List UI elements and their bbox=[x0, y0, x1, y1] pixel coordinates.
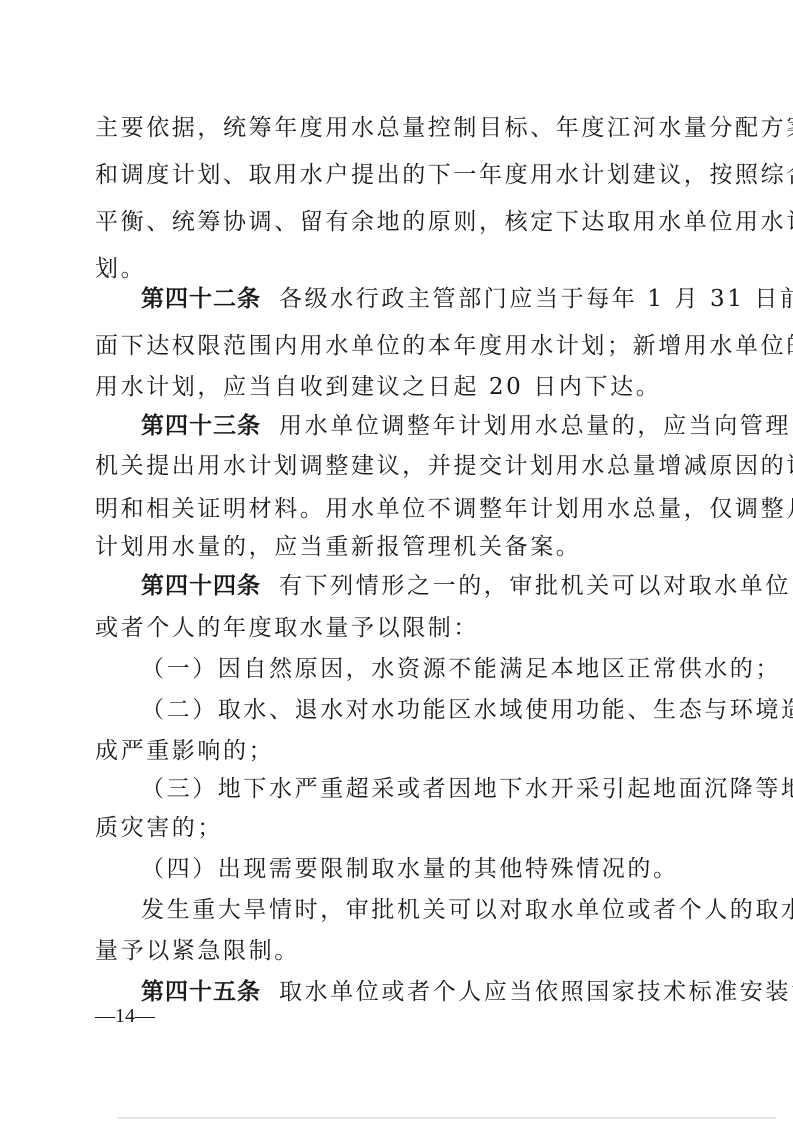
article-text: 有下列情形之一的，审批机关可以对取水单位 bbox=[279, 573, 791, 599]
article-heading: 第四十二条 bbox=[141, 286, 261, 312]
body-line: 明和相关证明材料。用水单位不调整年计划用水总量，仅调整月 bbox=[95, 494, 793, 524]
drought-paragraph: 发生重大旱情时，审批机关可以对取水单位或者个人的取水 bbox=[141, 895, 793, 925]
body-line: 或者个人的年度取水量予以限制： bbox=[95, 613, 479, 643]
article-heading: 第四十三条 bbox=[141, 413, 261, 439]
list-item-4: （四）出现需要限制取水量的其他特殊情况的。 bbox=[141, 854, 679, 884]
article-heading: 第四十五条 bbox=[141, 979, 261, 1005]
body-line: 主要依据，统筹年度用水总量控制目标、年度江河水量分配方案 bbox=[95, 113, 793, 143]
page-number: —14— bbox=[95, 1003, 155, 1029]
body-line: 量予以紧急限制。 bbox=[95, 936, 300, 966]
article-heading: 第四十四条 bbox=[141, 573, 261, 599]
body-line: 和调度计划、取用水户提出的下一年度用水计划建议，按照综合 bbox=[95, 160, 793, 190]
body-line: 平衡、统筹协调、留有余地的原则，核定下达取用水单位用水计 bbox=[95, 207, 793, 237]
bottom-edge-rule bbox=[118, 1117, 776, 1119]
list-item-3: （三）地下水严重超采或者因地下水开采引起地面沉降等地 bbox=[141, 774, 793, 804]
article-text: 用水单位调整年计划用水总量的，应当向管理 bbox=[279, 413, 791, 439]
body-line: 用水计划，应当自收到建议之日起 20 日内下达。 bbox=[95, 372, 661, 402]
list-item-2: （二）取水、退水对水功能区水域使用功能、生态与环境造 bbox=[141, 695, 793, 725]
list-item-1: （一）因自然原因，水资源不能满足本地区正常供水的； bbox=[141, 654, 781, 684]
body-line: 面下达权限范围内用水单位的本年度用水计划；新增用水单位的 bbox=[95, 331, 793, 361]
article-text: 各级水行政主管部门应当于每年 1 月 31 日前书 bbox=[279, 286, 793, 312]
article-44: 第四十四条有下列情形之一的，审批机关可以对取水单位 bbox=[141, 571, 791, 601]
body-line: 机关提出用水计划调整建议，并提交计划用水总量增减原因的说 bbox=[95, 451, 793, 481]
article-43: 第四十三条用水单位调整年计划用水总量的，应当向管理 bbox=[141, 411, 791, 441]
body-line: 划。 bbox=[95, 254, 146, 284]
body-line: 成严重影响的； bbox=[95, 736, 274, 766]
article-45: 第四十五条取水单位或者个人应当依照国家技术标准安装计 bbox=[141, 977, 793, 1007]
body-line: 计划用水量的，应当重新报管理机关备案。 bbox=[95, 532, 581, 562]
body-line: 质灾害的； bbox=[95, 813, 223, 843]
article-text: 取水单位或者个人应当依照国家技术标准安装计 bbox=[279, 979, 793, 1005]
article-42: 第四十二条各级水行政主管部门应当于每年 1 月 31 日前书 bbox=[141, 284, 793, 314]
